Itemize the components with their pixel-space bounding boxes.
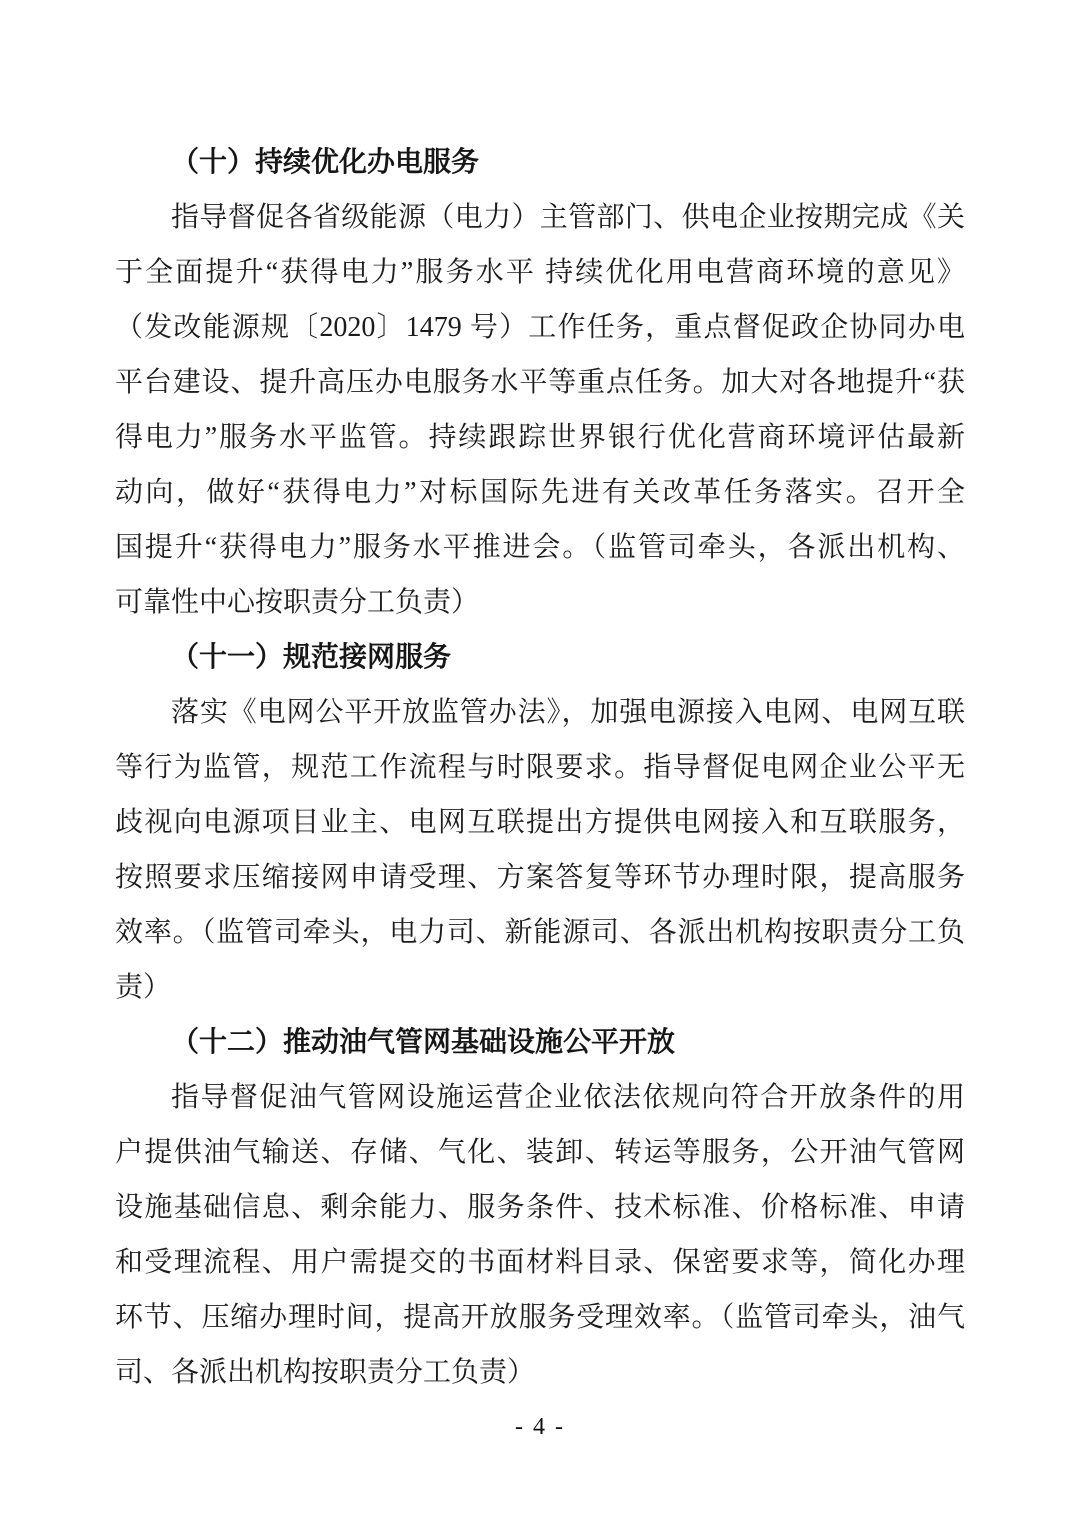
document-content: （十）持续优化办电服务指导督促各省级能源（电力）主管部门、供电企业按期完成《关于… (115, 135, 965, 1400)
paragraph-line: 司、各派出机构按职责分工负责） (115, 1345, 965, 1400)
document-page: （十）持续优化办电服务指导督促各省级能源（电力）主管部门、供电企业按期完成《关于… (0, 0, 1080, 1527)
paragraph-line: 和受理流程、用户需提交的书面材料目录、保密要求等，简化办理 (115, 1235, 965, 1290)
paragraph-line: 环节、压缩办理时间，提高开放服务受理效率。（监管司牵头，油气 (115, 1290, 965, 1345)
paragraph-line: 指导督促油气管网设施运营企业依法依规向符合开放条件的用 (115, 1070, 965, 1125)
paragraph-line: 责） (115, 960, 965, 1015)
page-number: - 4 - (0, 1400, 1080, 1455)
paragraph-line: 国提升“获得电力”服务水平推进会。（监管司牵头，各派出机构、 (115, 520, 965, 575)
paragraph-line: 设施基础信息、剩余能力、服务条件、技术标准、价格标准、申请 (115, 1180, 965, 1235)
paragraph-line: 动向，做好“获得电力”对标国际先进有关改革任务落实。召开全 (115, 465, 965, 520)
paragraph-line: 落实《电网公平开放监管办法》，加强电源接入电网、电网互联 (115, 685, 965, 740)
paragraph-line: 于全面提升“获得电力”服务水平 持续优化用电营商环境的意见》 (115, 245, 965, 300)
paragraph-line: 指导督促各省级能源（电力）主管部门、供电企业按期完成《关 (115, 190, 965, 245)
paragraph-line: 可靠性中心按职责分工负责） (115, 575, 965, 630)
section-heading: （十一）规范接网服务 (115, 630, 965, 685)
paragraph-line: 效率。（监管司牵头，电力司、新能源司、各派出机构按职责分工负 (115, 905, 965, 960)
section-heading: （十）持续优化办电服务 (115, 135, 965, 190)
paragraph-line: 平台建设、提升高压办电服务水平等重点任务。加大对各地提升“获 (115, 355, 965, 410)
paragraph-line: （发改能源规〔2020〕1479 号）工作任务，重点督促政企协同办电 (115, 300, 965, 355)
paragraph-line: 歧视向电源项目业主、电网互联提出方提供电网接入和互联服务， (115, 795, 965, 850)
paragraph-line: 等行为监管，规范工作流程与时限要求。指导督促电网企业公平无 (115, 740, 965, 795)
paragraph-line: 户提供油气输送、存储、气化、装卸、转运等服务，公开油气管网 (115, 1125, 965, 1180)
paragraph-line: 按照要求压缩接网申请受理、方案答复等环节办理时限，提高服务 (115, 850, 965, 905)
paragraph-line: 得电力”服务水平监管。持续跟踪世界银行优化营商环境评估最新 (115, 410, 965, 465)
section-heading: （十二）推动油气管网基础设施公平开放 (115, 1015, 965, 1070)
